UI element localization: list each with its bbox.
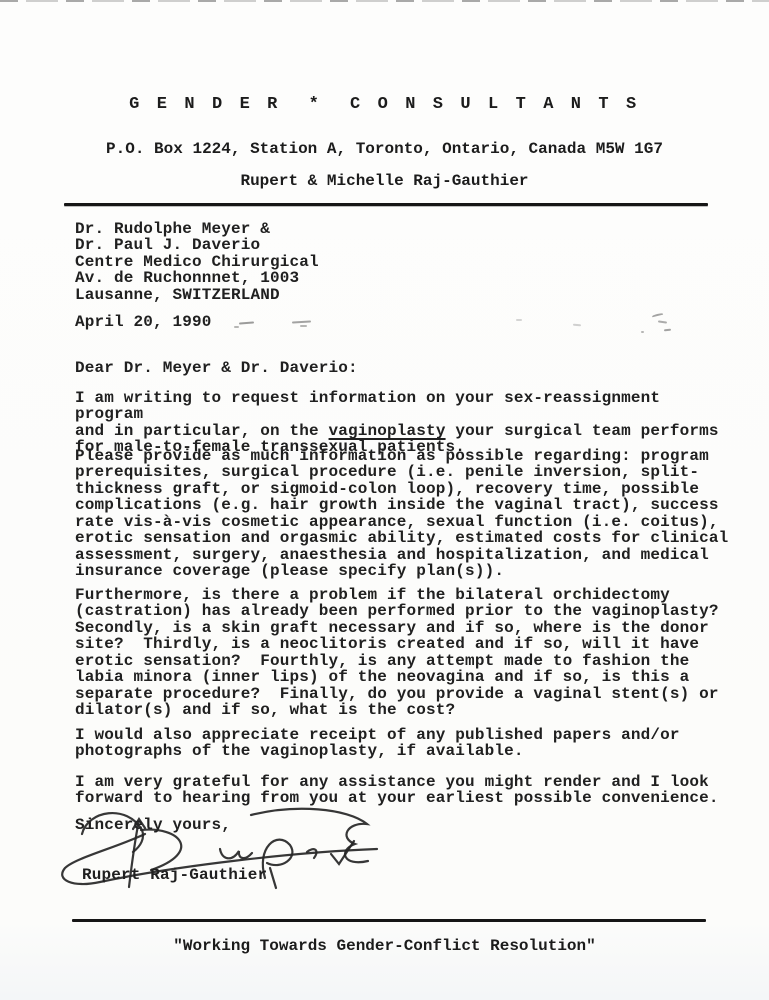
- scan-smudge: [658, 320, 667, 323]
- scan-smudge: [239, 321, 254, 324]
- paragraph-4: I would also appreciate receipt of any p…: [75, 727, 735, 760]
- paragraph-2: Please provide as much information as po…: [75, 448, 735, 580]
- paragraph-1: I am writing to request information on y…: [75, 390, 735, 456]
- underlined-term: vaginoplasty: [329, 422, 446, 440]
- letter-page: G E N D E R * C O N S U L T A N T S P.O.…: [0, 0, 769, 1000]
- paragraph-3: Furthermore, is there a problem if the b…: [75, 587, 735, 719]
- org-name: G E N D E R * C O N S U L T A N T S: [0, 95, 769, 114]
- header-rule: [64, 203, 708, 206]
- scan-smudge: [573, 324, 581, 327]
- scan-smudge: [516, 319, 522, 321]
- date-line: April 20, 1990: [75, 314, 212, 330]
- scan-artifact-top-edge: [0, 0, 769, 2]
- recipient-address-block: Dr. Rudolphe Meyer & Dr. Paul J. Daverio…: [75, 221, 319, 303]
- signer-typed-name: Rupert Raj-Gauthier: [82, 867, 267, 883]
- scan-smudge: [652, 313, 663, 318]
- scan-smudge: [234, 326, 239, 328]
- salutation: Dear Dr. Meyer & Dr. Daverio:: [75, 360, 358, 376]
- scan-smudge: [641, 331, 644, 333]
- scan-smudge: [300, 325, 307, 327]
- footer-motto: "Working Towards Gender-Conflict Resolut…: [0, 937, 769, 955]
- scan-smudge: [664, 329, 671, 332]
- org-address: P.O. Box 1224, Station A, Toronto, Ontar…: [0, 140, 769, 158]
- scan-smudge: [292, 321, 311, 324]
- footer-rule: [72, 919, 706, 922]
- org-proprietors: Rupert & Michelle Raj-Gauthier: [0, 172, 769, 190]
